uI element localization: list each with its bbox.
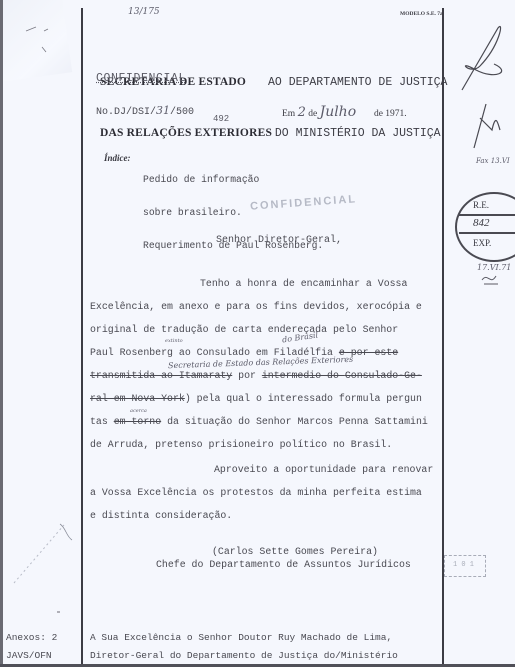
addressee-line-1: A Sua Excelência o Senhor Doutor Ruy Mac… bbox=[90, 632, 392, 643]
faint-box-stamp: 1 0 1 bbox=[444, 555, 486, 577]
addressee-line-2: Diretor-Geral do Departamento de Justiça… bbox=[90, 650, 398, 661]
annexes-count: Anexos: 2 bbox=[6, 632, 57, 643]
handwritten-signatures-icon bbox=[0, 0, 515, 667]
typist-initials: JAVS/OFN bbox=[6, 650, 52, 661]
